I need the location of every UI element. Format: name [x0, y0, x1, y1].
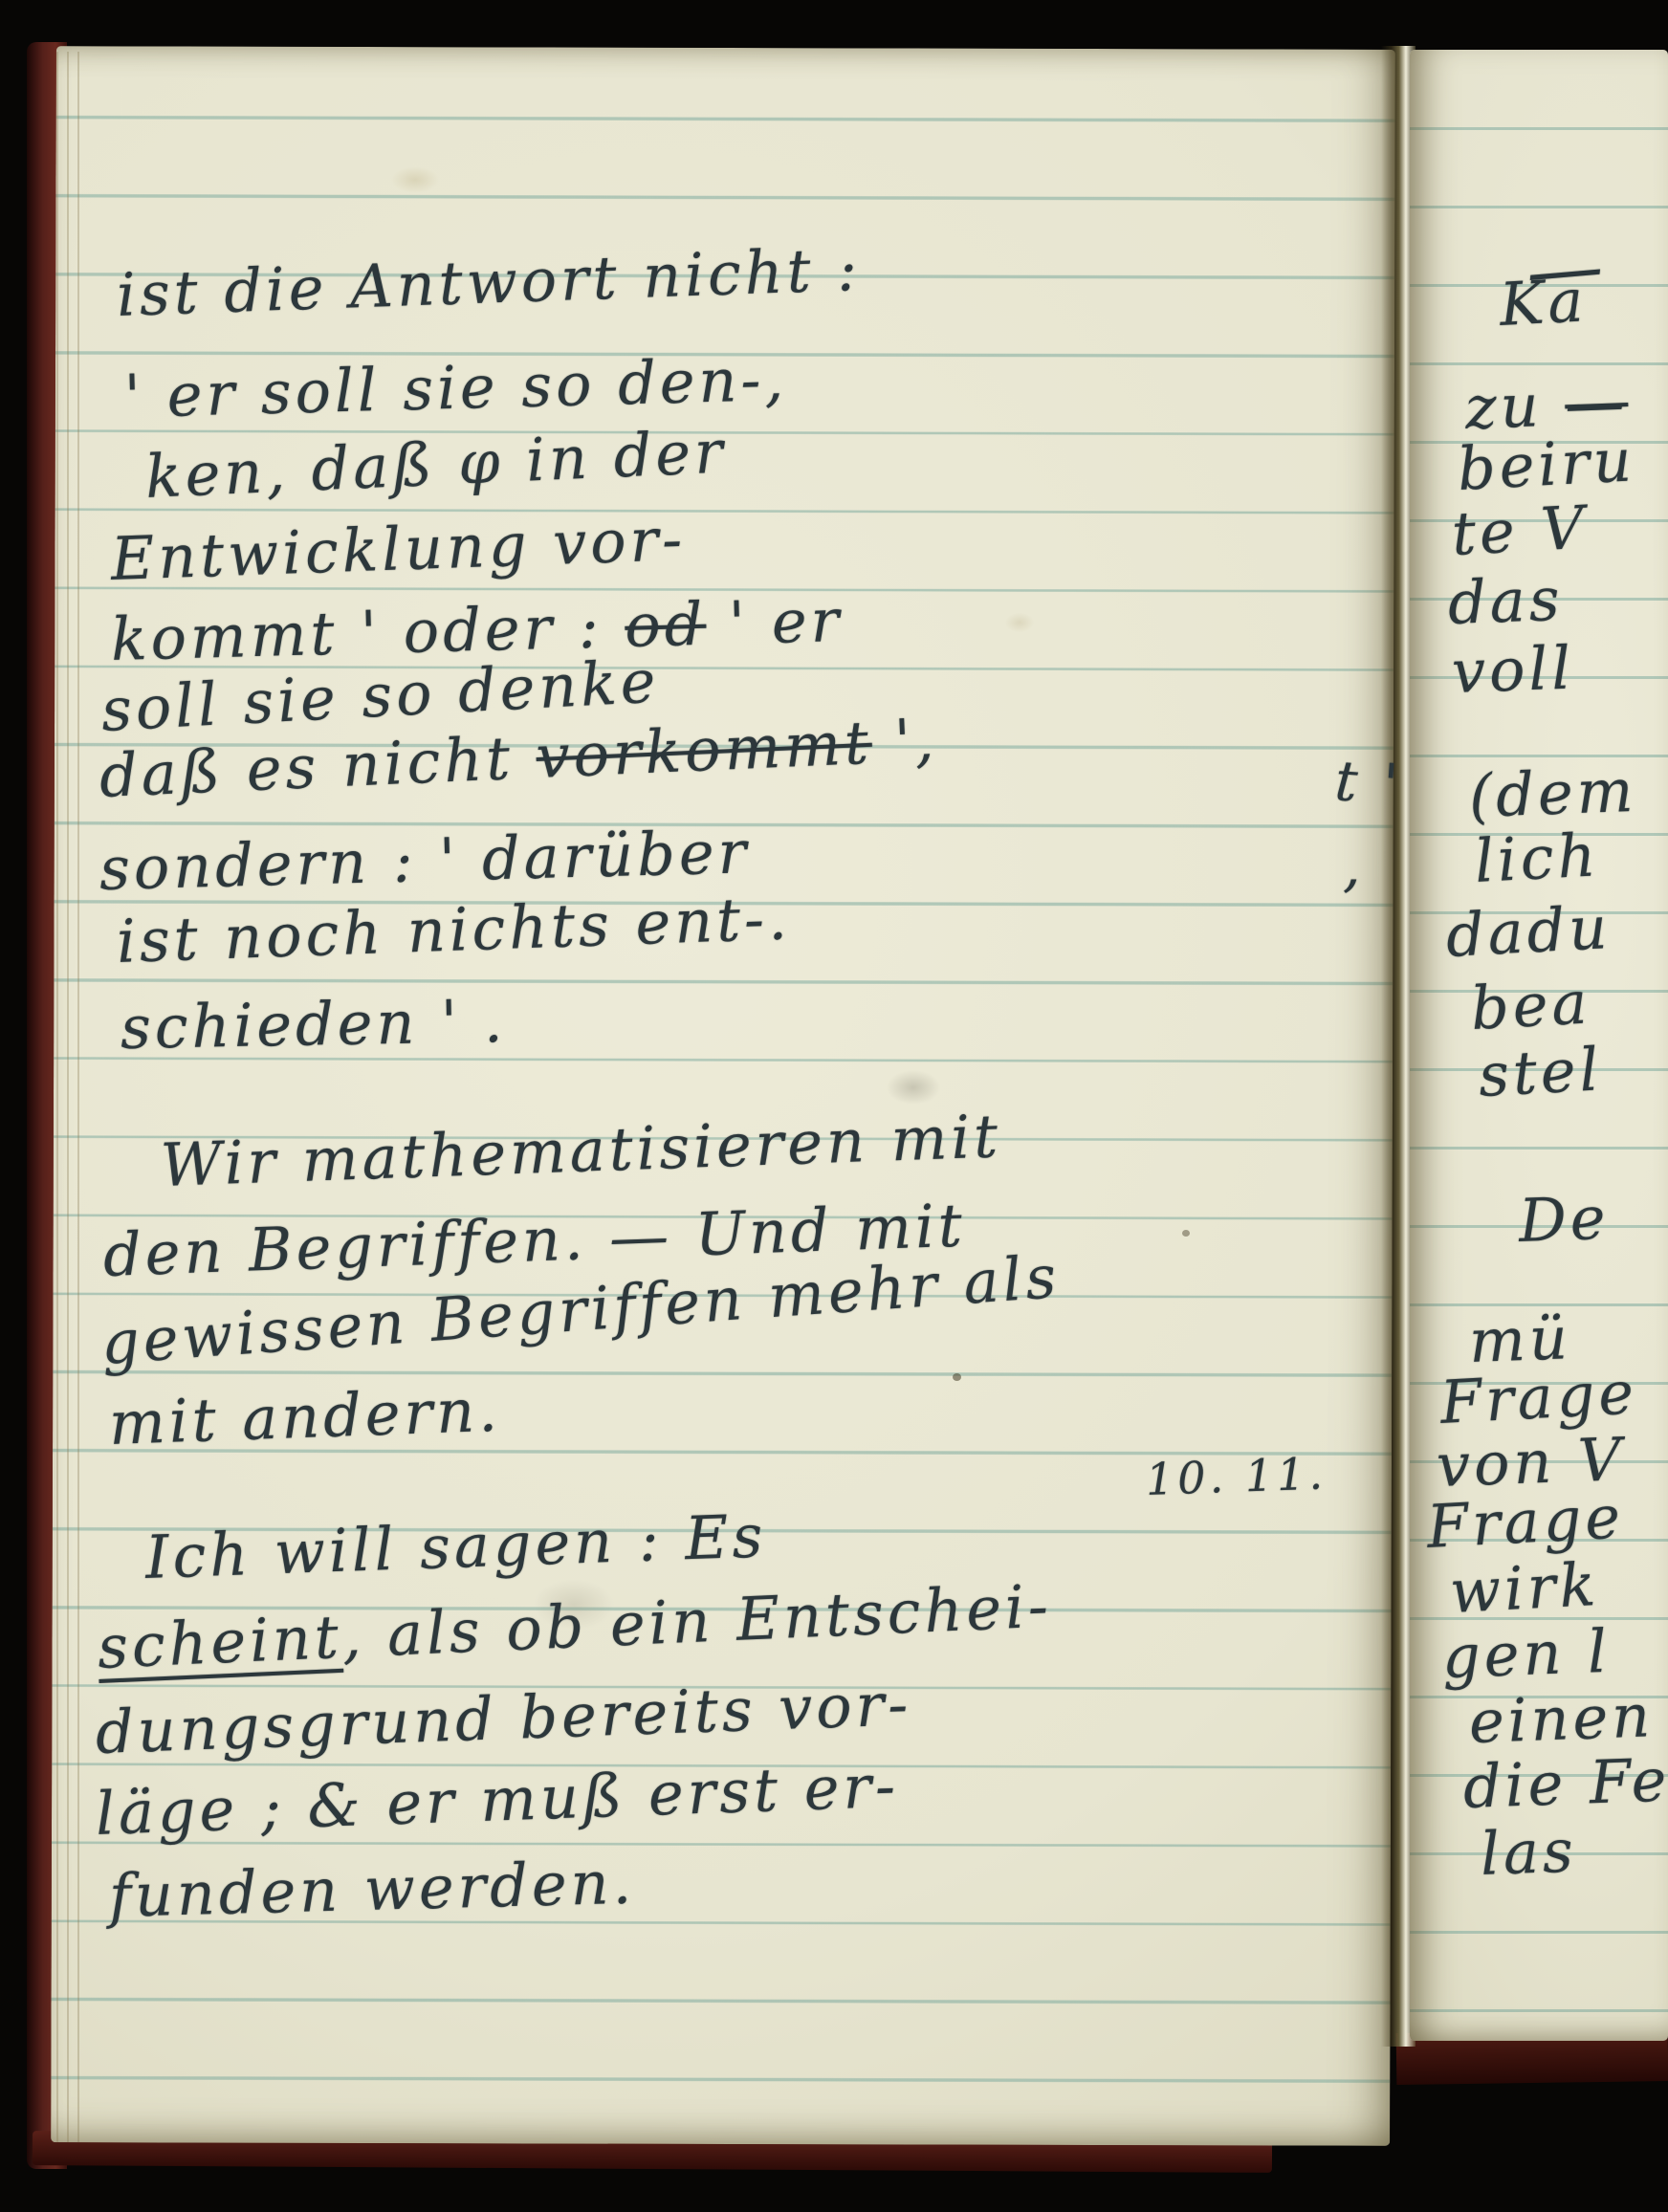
right-notebook-page	[1410, 50, 1668, 2041]
paper-stain	[876, 1063, 951, 1111]
paper-stain	[999, 608, 1041, 637]
left-notebook-page	[51, 46, 1395, 2146]
paper-stain	[516, 1568, 631, 1641]
paper-speck	[953, 1373, 961, 1381]
page-stack-edges	[54, 52, 88, 2142]
photo-of-open-notebook: ist die Antwort nicht :' er soll sie so …	[0, 0, 1668, 2212]
paper-speck	[1182, 1230, 1190, 1237]
paper-stain	[381, 161, 450, 199]
